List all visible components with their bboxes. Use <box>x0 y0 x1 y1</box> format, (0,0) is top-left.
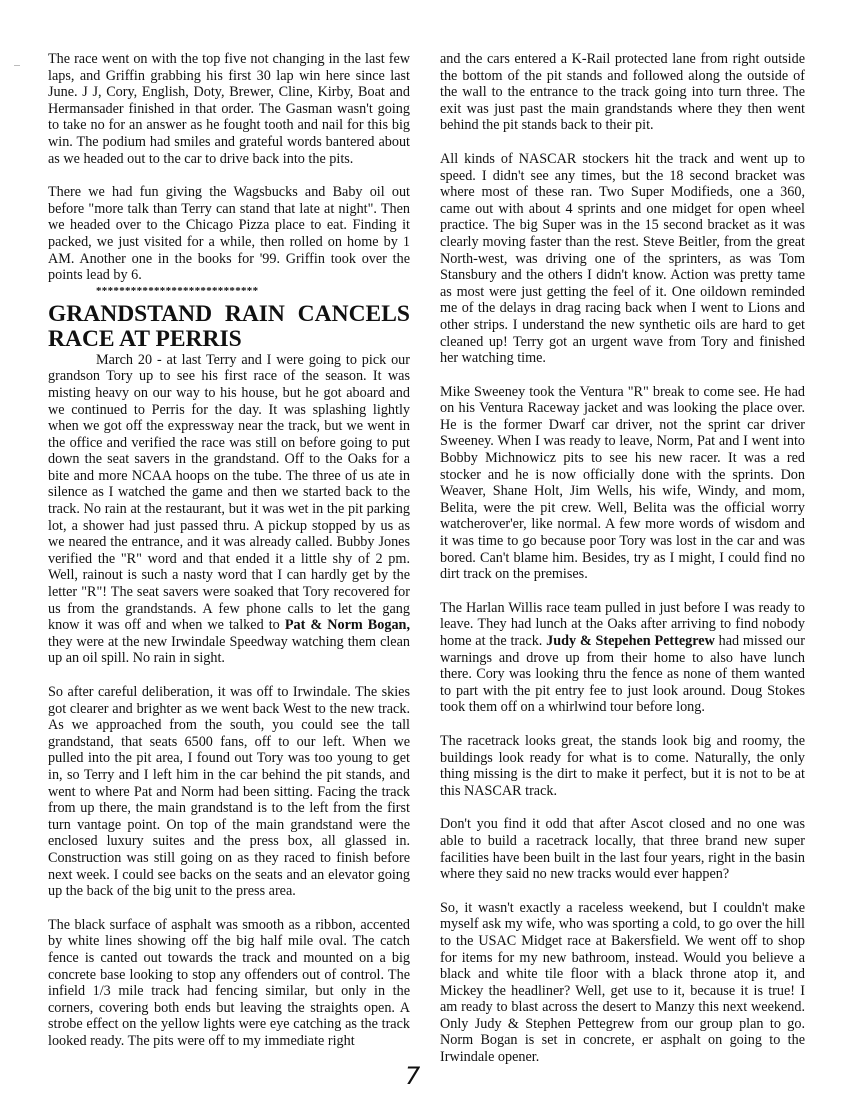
headline-word: GRANDSTAND <box>48 302 212 327</box>
paragraph-harlan-willis: The Harlan Willis race team pulled in ju… <box>440 600 805 716</box>
headline-word: CANCELS <box>298 302 410 327</box>
paragraph-after-race: There we had fun giving the Wagsbucks an… <box>48 184 410 284</box>
paragraph-mike-sweeney: Mike Sweeney took the Ventura "R" break … <box>440 384 805 583</box>
headline-line-1: GRANDSTAND RAIN CANCELS <box>48 302 410 327</box>
document-page: The race went on with the top five not c… <box>0 0 850 1100</box>
paragraph-race-result: The race went on with the top five not c… <box>48 51 410 167</box>
article-headline: GRANDSTAND RAIN CANCELS RACE AT PERRIS <box>48 302 410 352</box>
bold-name: Pat & Norm Bogan, <box>285 617 410 633</box>
paragraph-nascar-stockers: All kinds of NASCAR stockers hit the tra… <box>440 151 805 367</box>
page-number: 7 <box>405 1062 420 1090</box>
paragraph-asphalt: The black surface of asphalt was smooth … <box>48 917 410 1050</box>
bold-name: Judy & Stepehen Pettegrew <box>546 633 715 649</box>
paragraph-raceless-weekend: So, it wasn't exactly a raceless weekend… <box>440 900 805 1066</box>
paragraph-text: they were at the new Irwindale Speedway … <box>48 634 410 667</box>
headline-word: RAIN <box>225 302 285 327</box>
headline-line-2: RACE AT PERRIS <box>48 327 410 352</box>
section-separator: **************************** <box>48 285 410 298</box>
paragraph-text: March 20 - at last Terry and I were goin… <box>48 352 410 634</box>
left-column: The race went on with the top five not c… <box>48 51 410 1066</box>
right-column: and the cars entered a K-Rail protected … <box>440 51 805 1083</box>
paragraph-irwindale: So after careful deliberation, it was of… <box>48 684 410 900</box>
paragraph-racetrack-looks: The racetrack looks great, the stands lo… <box>440 733 805 799</box>
paragraph-march-20: March 20 - at last Terry and I were goin… <box>48 352 410 667</box>
paragraph-k-rail: and the cars entered a K-Rail protected … <box>440 51 805 134</box>
scan-margin-mark <box>14 65 20 66</box>
paragraph-ascot: Don't you find it odd that after Ascot c… <box>440 816 805 882</box>
